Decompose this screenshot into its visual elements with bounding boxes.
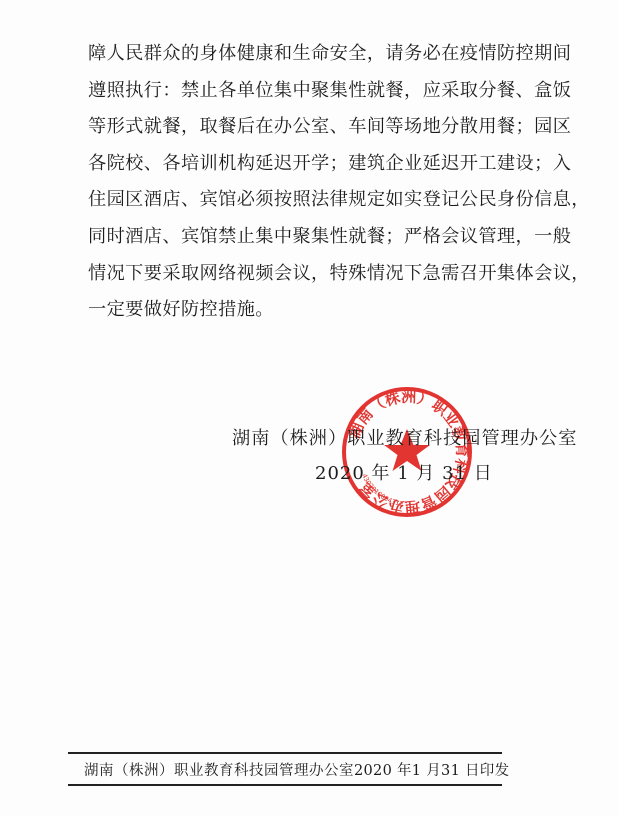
body-line: 情况下要采取网络视频会议，特殊情况下急需召开集体会议， bbox=[88, 256, 548, 293]
footer-bottom-rule bbox=[68, 784, 502, 786]
body-line: 等形式就餐，取餐后在办公室、车间等场地分散用餐；园区 bbox=[88, 109, 548, 146]
document-page: 障人民群众的身体健康和生命安全，请务必在疫情防控期间 遵照执行：禁止各单位集中聚… bbox=[0, 0, 618, 816]
body-line: 同时酒店、宾馆禁止集中聚集性就餐；严格会议管理，一般 bbox=[88, 219, 548, 256]
footer-issuer: 湖南（株洲）职业教育科技园管理办公室 bbox=[84, 759, 354, 780]
body-line: 遵照执行：禁止各单位集中聚集性就餐，应采取分餐、盒饭 bbox=[88, 73, 548, 110]
footer-issue-date: 2020 年1 月31 日印发 bbox=[354, 759, 509, 780]
body-line: 一定要做好防控措施。 bbox=[88, 292, 548, 329]
body-line: 住园区酒店、宾馆必须按照法律规定如实登记公民身份信息， bbox=[88, 182, 548, 219]
signature-organization: 湖南（株洲）职业教育科技园管理办公室 bbox=[232, 424, 577, 450]
footer-colophon: 湖南（株洲）职业教育科技园管理办公室 2020 年1 月31 日印发 bbox=[68, 752, 502, 786]
body-line: 障人民群众的身体健康和生命安全，请务必在疫情防控期间 bbox=[88, 36, 548, 73]
body-line: 各院校、各培训机构延迟开学；建筑企业延迟开工建设；入 bbox=[88, 146, 548, 183]
official-seal-stamp: 湖南（株洲）职业教育科技园管理办公室 4302010004312 bbox=[340, 385, 474, 519]
signature-date: 2020 年 1 月 31 日 bbox=[315, 459, 493, 485]
body-text: 障人民群众的身体健康和生命安全，请务必在疫情防控期间 遵照执行：禁止各单位集中聚… bbox=[88, 36, 548, 329]
